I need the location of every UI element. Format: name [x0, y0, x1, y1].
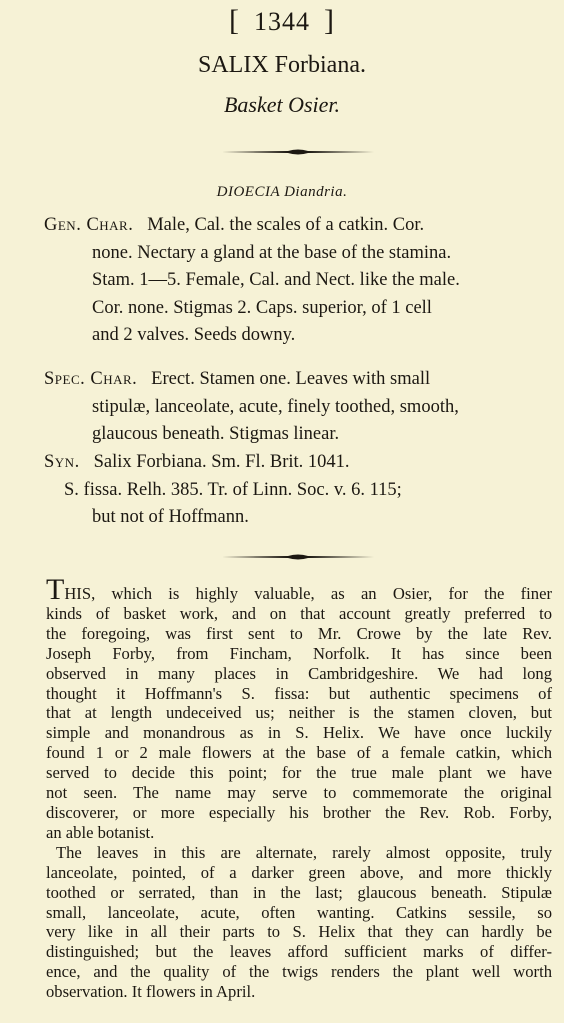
body-line: observed in many places in Cambridgeshir…: [46, 664, 552, 684]
description-text: THIS, which is highly valuable, as an Os…: [46, 580, 552, 1002]
species-title: SALIX Forbiana.: [0, 52, 564, 79]
body-line: found 1 or 2 male flowers at the base of…: [46, 743, 552, 763]
body-line: kinds of basket work, and on that accoun…: [46, 604, 552, 624]
spec-char-line: glaucous beneath. Stigmas linear.: [92, 424, 339, 444]
syn-line: S. fissa. Relh. 385. Tr. of Linn. Soc. v…: [64, 480, 402, 500]
specific-character: Spec. Char. Erect. Stamen one. Leaves wi…: [44, 366, 544, 449]
gen-char-line: and 2 valves. Seeds downy.: [92, 325, 295, 345]
gen-char-label: Gen. Char.: [44, 215, 133, 235]
gen-char-line: Stam. 1—5. Female, Cal. and Nect. like t…: [92, 270, 460, 290]
body-line: an able botanist.: [46, 823, 552, 843]
body-line: small, lanceolate, acute, often wanting.…: [46, 903, 552, 923]
close-bracket: ]: [324, 4, 335, 38]
drop-cap: T: [46, 573, 64, 606]
ornamental-divider-top: [222, 148, 374, 156]
common-name: Basket Osier.: [0, 92, 564, 118]
body-line: distinguished; but the leaves afford suf…: [46, 942, 552, 962]
body-line: the foregoing, was first sent to Mr. Cro…: [46, 624, 552, 644]
body-line: discoverer, or more especially his broth…: [46, 803, 552, 823]
plate-number: [1344]: [0, 4, 564, 38]
syn-line: Salix Forbiana. Sm. Fl. Brit. 1041.: [94, 452, 350, 472]
body-line: very like in all their parts to S. Helix…: [46, 922, 552, 942]
body-line: that at length undeceived us; neither is…: [46, 703, 552, 723]
ornamental-divider-bottom: [222, 553, 374, 561]
body-line: HIS, which is highly valuable, as an Osi…: [64, 584, 552, 603]
spec-char-label: Spec. Char.: [44, 369, 137, 389]
body-line: thought it Hoffmann's S. fissa: but auth…: [46, 684, 552, 704]
linnaean-class: DIOECIA Diandria.: [0, 184, 564, 201]
body-line: observation. It flowers in April.: [46, 982, 552, 1002]
body-line: not seen. The name may serve to commemor…: [46, 783, 552, 803]
body-line: Joseph Forby, from Fincham, Norfolk. It …: [46, 644, 552, 664]
gen-char-line: Male, Cal. the scales of a catkin. Cor.: [147, 215, 424, 235]
spec-char-line: stipulæ, lanceolate, acute, finely tooth…: [92, 397, 459, 417]
body-line: lanceolate, pointed, of a darker green a…: [46, 863, 552, 883]
gen-char-line: none. Nectary a gland at the base of the…: [92, 243, 451, 263]
syn-line: but not of Hoffmann.: [92, 507, 249, 527]
document-page: [1344] SALIX Forbiana. Basket Osier. DIO…: [0, 0, 564, 1023]
open-bracket: [: [229, 4, 240, 38]
body-line: ence, and the quality of the twigs rende…: [46, 962, 552, 982]
gen-char-line: Cor. none. Stigmas 2. Caps. superior, of…: [92, 298, 432, 318]
generic-character: Gen. Char. Male, Cal. the scales of a ca…: [44, 212, 544, 350]
spec-char-line: Erect. Stamen one. Leaves with small: [151, 369, 430, 389]
body-line: toothed or serrated, than in the last; g…: [46, 883, 552, 903]
body-line: served to decide this point; for the tru…: [46, 763, 552, 783]
synonymy: Syn. Salix Forbiana. Sm. Fl. Brit. 1041.…: [44, 449, 544, 532]
syn-label: Syn.: [44, 452, 80, 472]
plate-number-value: 1344: [254, 7, 310, 36]
body-line: simple and monandrous as in S. Helix. We…: [46, 723, 552, 743]
body-line: The leaves in this are alternate, rarely…: [46, 843, 552, 863]
